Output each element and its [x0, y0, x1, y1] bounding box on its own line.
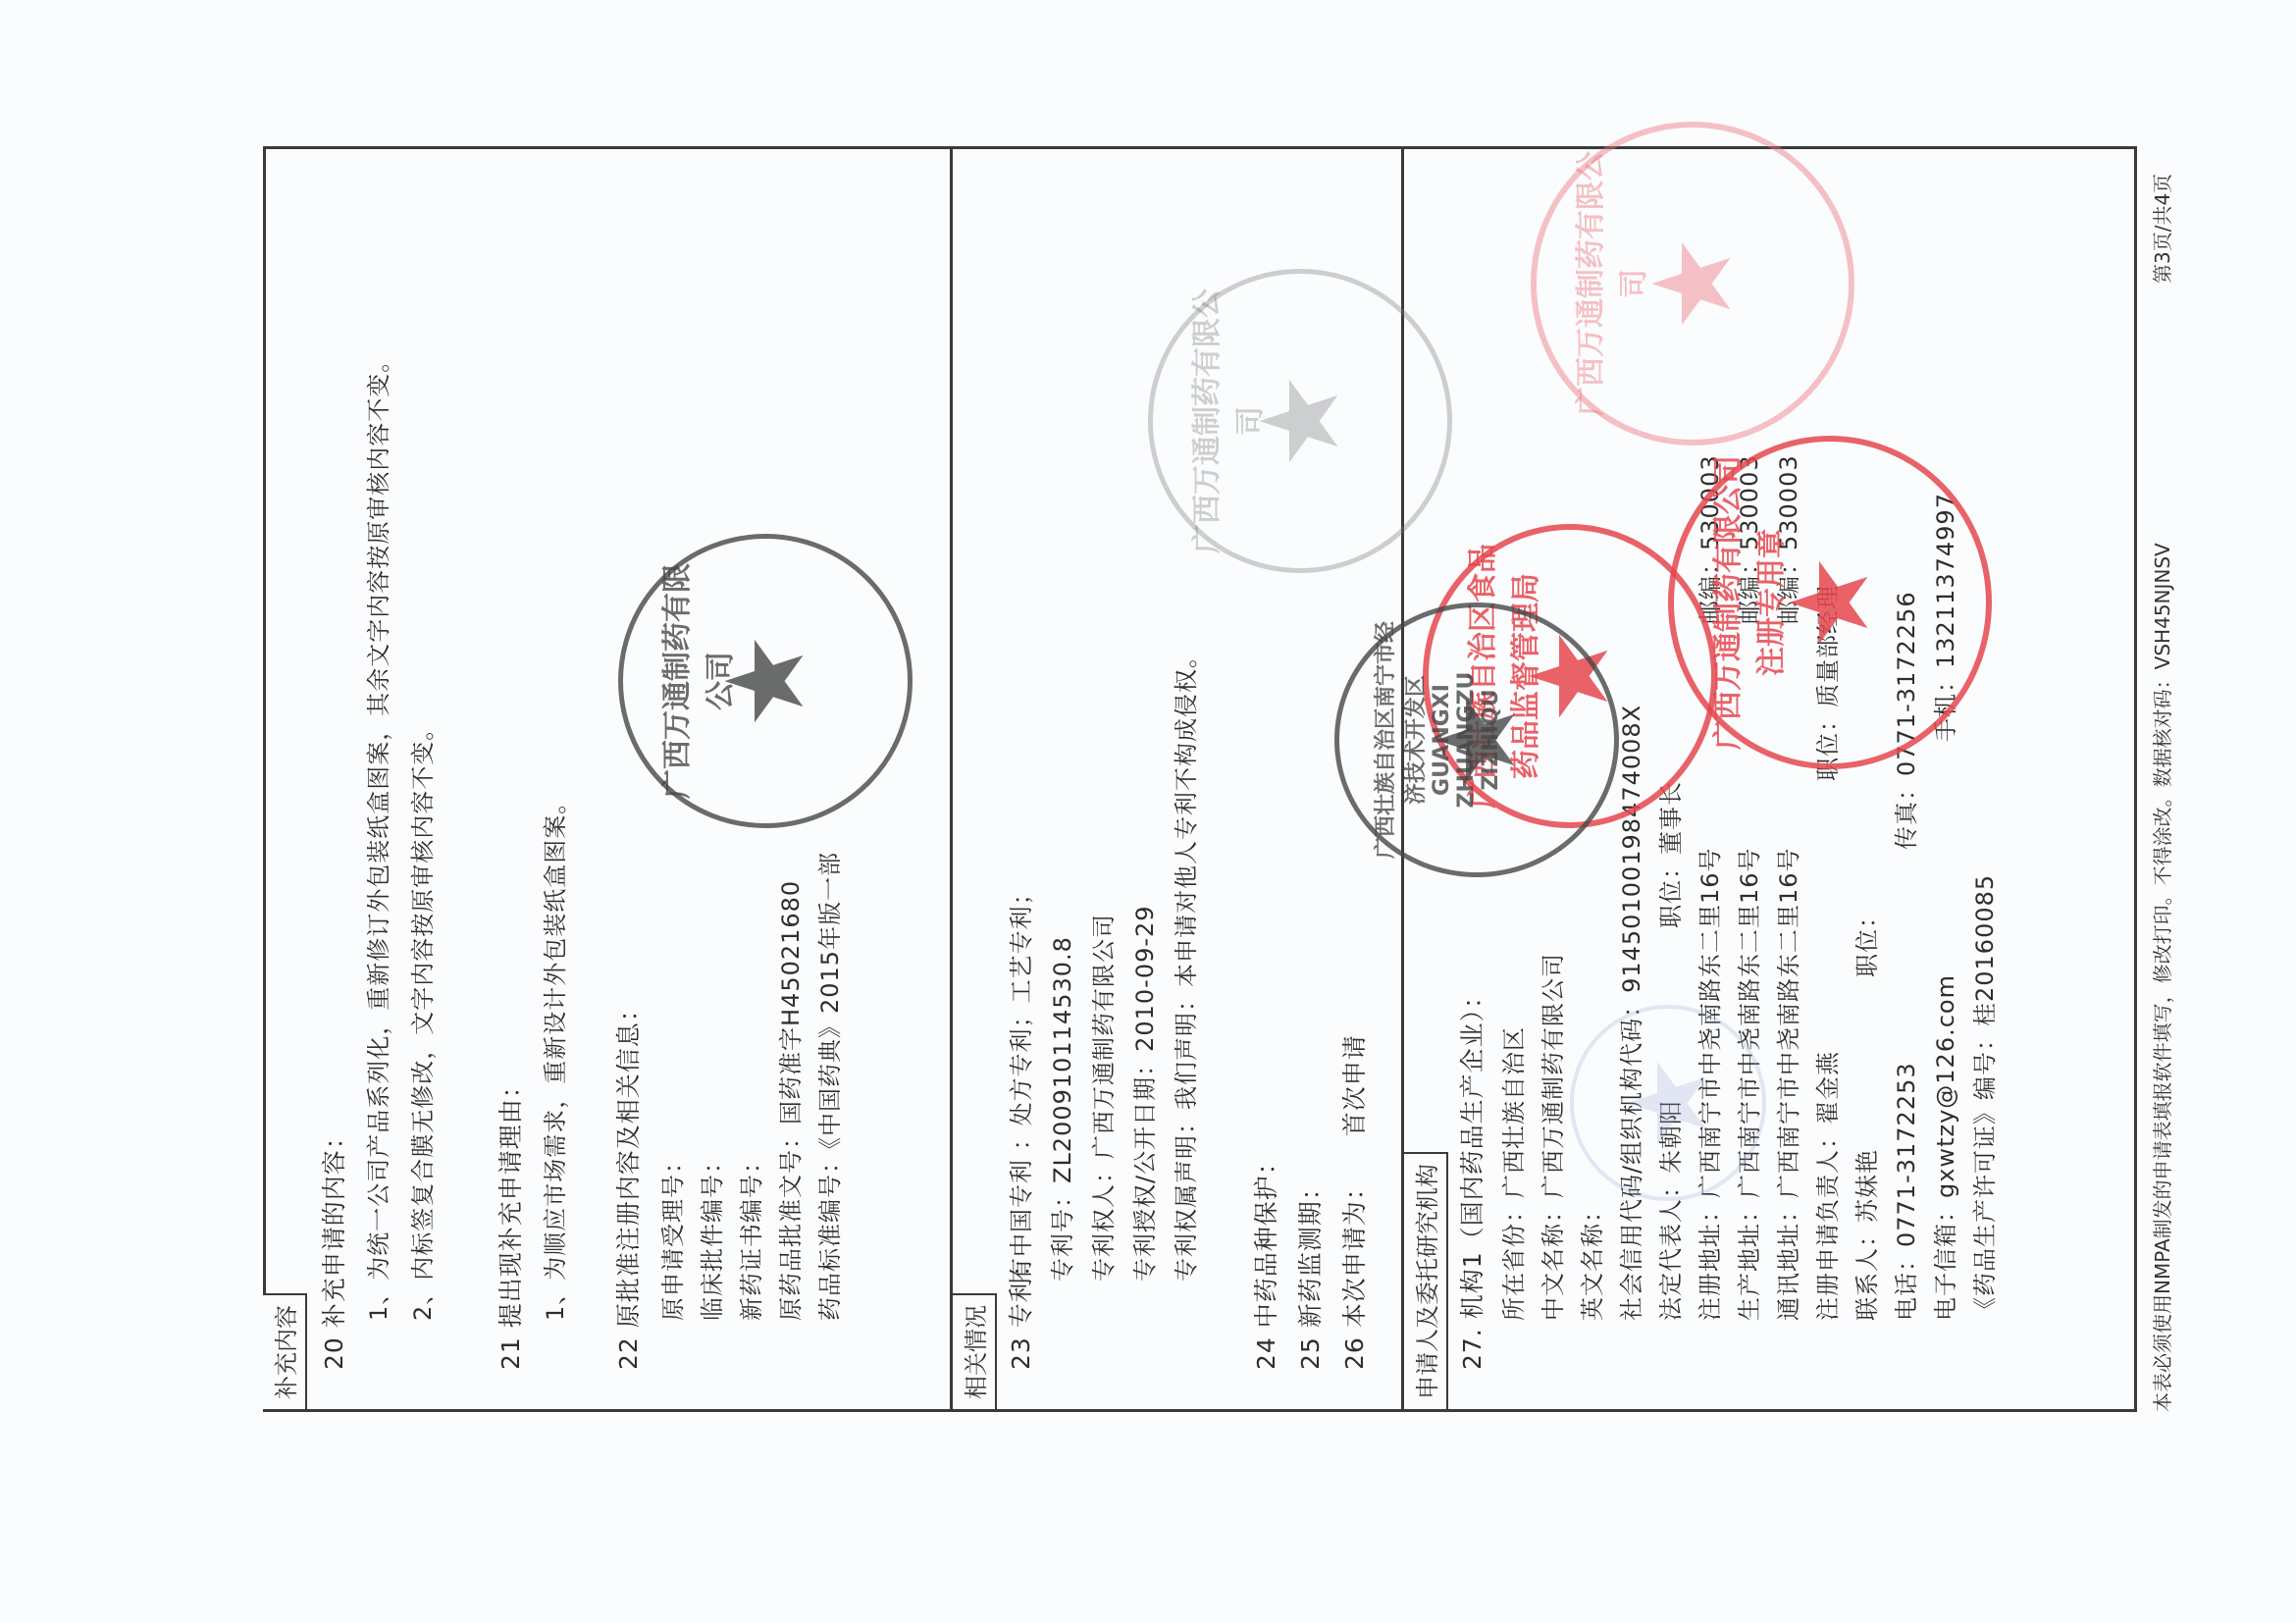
- item20-line-1: 1、为统一公司产品系列化，重新修订外包装纸盒图案，其余文字内容按原审核内容不变。: [359, 348, 393, 1321]
- red-stamp-company-faint: ★ 广西万通制药有限公司: [1531, 122, 1854, 445]
- stamp-text: 广西万通制药有限公司: [1167, 288, 1434, 554]
- stamp-text: 广西壮族自治区南宁市经济技术开发区 GUANGXI ZHUANGZU ZIZHI…: [1353, 621, 1600, 859]
- item23-line-3: 专利权人：广西万通制药有限公司: [1084, 914, 1119, 1282]
- item22-field-4: 原药品批准文号：国药准字H45021680: [771, 880, 806, 1321]
- org-mail-address: 通讯地址：广西南宁市中尧南路东二里16号: [1769, 847, 1803, 1321]
- item23-line-5: 专利权属声明：我们声明：本申请对他人专利不构成侵权。: [1167, 644, 1201, 1282]
- document-page: 20 补充申请的内容： 1、为统一公司产品系列化，重新修订外包装纸盒图案，其余文…: [0, 0, 2296, 1623]
- star-icon: ★: [1614, 1055, 1722, 1152]
- org-legal-rep-title: 职位：董事长: [1651, 781, 1686, 928]
- org-en-name: 英文名称：: [1573, 1198, 1607, 1321]
- stamp-text: 广西万通制药有限公司: [1550, 141, 1835, 426]
- red-stamp-company: ★ 广西万通制药有限公司注册专用章: [1668, 436, 1992, 769]
- org-reg-manager: 注册申请负责人：翟金燕: [1808, 1051, 1843, 1321]
- item23-line-2: 专利号：ZL200910114530.8: [1043, 936, 1077, 1282]
- item22-field-5: 药品标准编号：《中国药典》2015年版一部: [810, 852, 845, 1321]
- gray-stamp-company-1: ★ 广西万通制药有限公司: [618, 534, 913, 828]
- item22-field-2: 临床批件编号：: [693, 1149, 727, 1321]
- stamp-text: 广西万通制药有限公司注册专用章: [1688, 455, 1972, 750]
- org-contact: 联系人：苏妹艳: [1848, 1149, 1882, 1321]
- org-email: 电子信箱：gxwtzy@126.com: [1926, 974, 1960, 1321]
- section-tag-supplement: 补充内容: [263, 1293, 307, 1409]
- org-license-number: 《药品生产许可证》编号：桂20160085: [1965, 874, 2000, 1321]
- section-tag-related: 相关情况: [953, 1293, 997, 1409]
- org-contact-title: 职位：: [1848, 904, 1882, 977]
- footer-note: 本表必须使用NMPA制发的申请表填报软件填写，修改打印。不得涂改。数据核对码：V…: [2147, 543, 2175, 1412]
- org-phone: 电话：0771-3172253: [1887, 1062, 1921, 1321]
- item22-field-1: 原申请受理号：: [653, 1149, 688, 1321]
- item20-label: 20 补充申请的内容：: [315, 1124, 350, 1370]
- item26-label: 26 本次申请为： 首次申请: [1335, 1034, 1371, 1370]
- section-tag-applicant: 申请人及委托研究机构: [1404, 1152, 1448, 1409]
- org-province: 所在省份：广西壮族自治区: [1494, 1026, 1529, 1321]
- item20-line-2: 2、内标签复合膜无修改，文字内容按原审核内容不变。: [403, 716, 438, 1321]
- item23-line-4: 专利授权/公开日期：2010-09-29: [1125, 905, 1160, 1282]
- item23-line-1: 有中国专利 ：处方专利；工艺专利；: [1002, 880, 1036, 1282]
- item27-label: 27. 机构1（国内药品生产企业）：: [1453, 983, 1488, 1370]
- item22-label: 22 原批准注册内容及相关信息：: [609, 996, 645, 1370]
- org-cn-name: 中文名称：广西万通制药有限公司: [1534, 953, 1568, 1321]
- stamp-text: 广西万通制药有限公司: [637, 552, 894, 810]
- item26-value: 首次申请: [1340, 1034, 1369, 1136]
- item21-label: 21 提出现补充申请理由：: [492, 1073, 527, 1370]
- gray-stamp-company-2: ★ 广西万通制药有限公司: [1148, 269, 1452, 573]
- item25-label: 25 新药监测期：: [1291, 1175, 1327, 1370]
- item22-field-3: 新药证书编号：: [732, 1149, 766, 1321]
- faint-blue-stamp: ★: [1570, 1005, 1766, 1201]
- item21-line-1: 1、为顺应市场需求，重新设计外包装纸盒图案。: [536, 790, 570, 1321]
- gray-stamp-port: ★ 广西壮族自治区南宁市经济技术开发区 GUANGXI ZHUANGZU ZIZ…: [1334, 602, 1619, 877]
- item24-label: 24 中药品种保护：: [1247, 1149, 1282, 1370]
- page-number: 第3页/共4页: [2147, 174, 2175, 284]
